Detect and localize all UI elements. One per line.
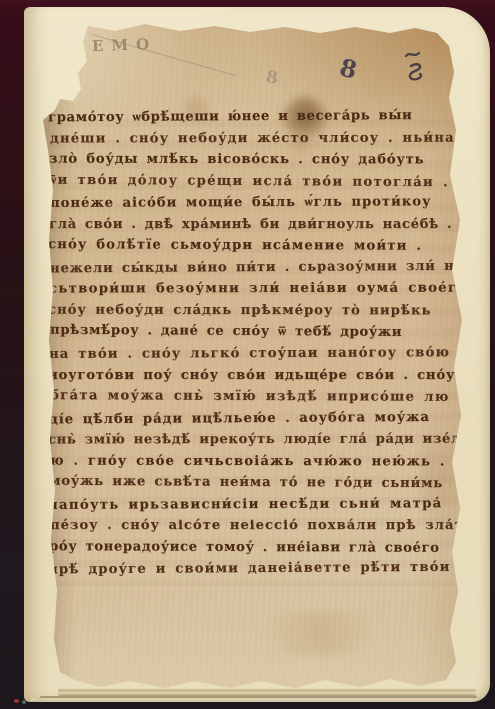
manuscript-line: сно́у небоу́ди сла́дкь прѣкме́роу то̀ ни…	[48, 299, 469, 321]
manuscript-line: сно́у болѣ́тїе сьмоу́дри иса́мение мои́т…	[48, 234, 469, 257]
manuscript-leaf: ЕМО 8 8 грамо́тоу ѡбрѣ́щеши ю́нее и весе…	[0, 0, 495, 709]
scribal-flourish-icon	[401, 49, 429, 89]
manuscript-line: дне́ши . сно́у небоу́ди же́сто чли́соу .…	[50, 127, 469, 149]
page-edge-line	[40, 696, 477, 698]
manuscript-line: грамо́тоу ѡбрѣ́щеши ю́нее и весега́рь вы…	[48, 105, 469, 129]
manuscript-line: поне́же аісо́би мощи́е бы́ль ѡ́гль проти…	[50, 191, 469, 214]
ghost-numeral: 8	[265, 67, 280, 89]
manuscript-line: прѣзмѣ́роу . дане́ се сно́у ѿ тебѣ́ дроу…	[50, 320, 469, 344]
binding-specks	[12, 697, 46, 706]
folio-number: 8	[337, 52, 360, 84]
manuscript-line: иоугото́ви поу́ сно́у сво́и идьще́ре сво…	[48, 365, 469, 387]
manuscript-line: ро́у тонерадоу́исе томоу́ . ине́іави гла…	[49, 536, 469, 559]
manuscript-line: нежели сы́кды ви́но пи́ти . сьразоу́мни …	[50, 256, 469, 280]
manuscript-line: ѿи тво́и до́лоу сре́щи исла́ тво́и потог…	[48, 169, 469, 193]
manuscript-line: бга́та моу́жа снь̀ змїю́ изѣдѣ́ иприсо́ш…	[50, 385, 469, 408]
manuscript-line: на тво́и . сно́у льгко́ стоу́паи нано́го…	[49, 342, 469, 365]
water-stain	[250, 612, 390, 656]
photo-backdrop: ЕМО 8 8 грамо́тоу ѡбрѣ́щеши ю́нее и весе…	[0, 0, 495, 709]
text-block: грамо́тоу ѡбрѣ́щеши ю́нее и весега́рь вы…	[48, 106, 469, 586]
manuscript-line: снь̀ змїю́ незѣдѣ́ ирекоу́ть люді́е гла́…	[48, 429, 469, 451]
manuscript-line: пе́зоу . сно́у аісо́те неіессіо́ похва́л…	[50, 515, 469, 537]
manuscript-line: напо́уть ирьзависни́сіи несѣ́ди сьни́ ма…	[48, 493, 469, 516]
faded-inscription: ЕМО	[92, 35, 158, 55]
manuscript-line: моу́жь иже сьвѣ́та неи́ма то́ не го́ди с…	[49, 471, 469, 495]
manuscript-line: сьтвори́ши безоу́мни зли́ неіа́ви оума́ …	[49, 278, 469, 300]
manuscript-line: гла̀ сво́и . двѣ̀ хра́минѣ би дви́гноуль…	[49, 214, 469, 236]
manuscript-line: ю . гно́у сво́е сичьсвоіа́жь ачю́жо нею́…	[50, 450, 469, 472]
manuscript-line: зло̀ боу́ды млѣ́кь вісово́скь . сно́у да…	[49, 149, 469, 171]
manuscript-line: прѣ́ дроу́ге и свои́ми данеіа́ветте рѣ́т…	[48, 557, 469, 581]
manuscript-line: ді́е цѣ́лби ра́ди ицѣ́льею́е . аоубо́га …	[49, 406, 469, 430]
